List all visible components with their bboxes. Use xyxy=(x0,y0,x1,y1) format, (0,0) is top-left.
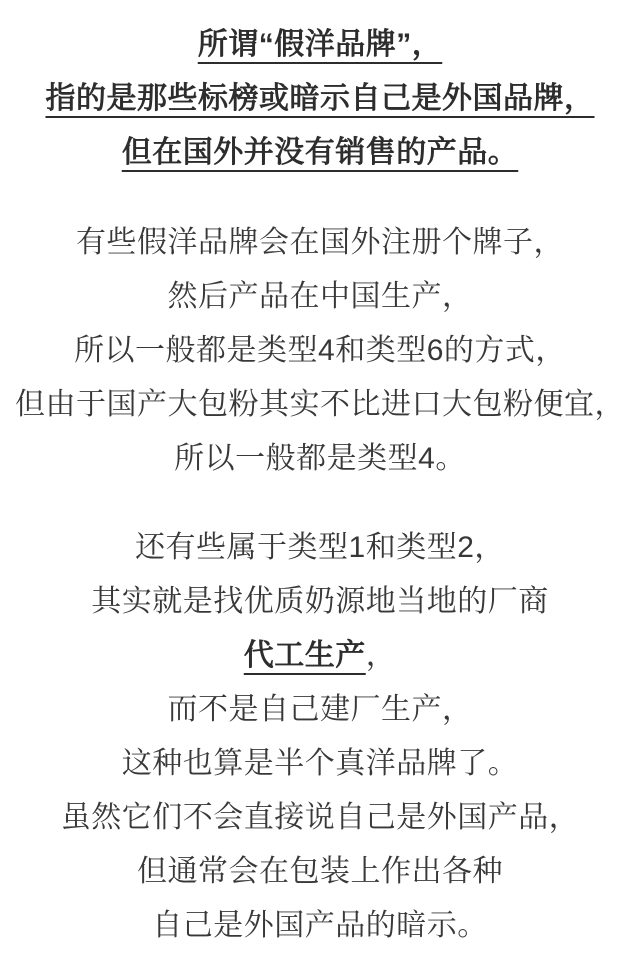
highlight-suffix: ， xyxy=(366,639,397,672)
paragraph-1: 有些假洋品牌会在国外注册个牌子， 然后产品在中国生产， 所以一般都是类型4和类型… xyxy=(0,216,640,486)
paragraph-2-line-7: 但通常会在包装上作出各种 xyxy=(0,845,640,899)
highlight-text: 代工生产 xyxy=(244,639,366,672)
intro-line-2: 指的是那些标榜或暗示自己是外国品牌， xyxy=(0,72,640,126)
paragraph-2-line-5: 这种也算是半个真洋品牌了。 xyxy=(0,737,640,791)
paragraph-2-line-2: 其实就是找优质奶源地当地的厂商 xyxy=(0,575,640,629)
intro-heading: 所谓“假洋品牌”， 指的是那些标榜或暗示自己是外国品牌， 但在国外并没有销售的产… xyxy=(0,18,640,180)
intro-line-3: 但在国外并没有销售的产品。 xyxy=(0,126,640,180)
paragraph-1-line-5: 所以一般都是类型4。 xyxy=(0,432,640,486)
paragraph-2-line-8: 自己是外国产品的暗示。 xyxy=(0,899,640,953)
paragraph-2-line-6: 虽然它们不会直接说自己是外国产品， xyxy=(0,791,640,845)
paragraph-2-line-4: 而不是自己建厂生产， xyxy=(0,683,640,737)
paragraph-1-line-4: 但由于国产大包粉其实不比进口大包粉便宜， xyxy=(0,378,640,432)
paragraph-2-highlight-line: 代工生产， xyxy=(0,629,640,683)
paragraph-1-line-2: 然后产品在中国生产， xyxy=(0,270,640,324)
paragraph-1-line-1: 有些假洋品牌会在国外注册个牌子， xyxy=(0,216,640,270)
article-page: 所谓“假洋品牌”， 指的是那些标榜或暗示自己是外国品牌， 但在国外并没有销售的产… xyxy=(0,0,640,966)
paragraph-1-line-3: 所以一般都是类型4和类型6的方式， xyxy=(0,324,640,378)
intro-line-1: 所谓“假洋品牌”， xyxy=(0,18,640,72)
paragraph-2: 还有些属于类型1和类型2， 其实就是找优质奶源地当地的厂商 代工生产， 而不是自… xyxy=(0,521,640,953)
paragraph-2-line-1: 还有些属于类型1和类型2， xyxy=(0,521,640,575)
